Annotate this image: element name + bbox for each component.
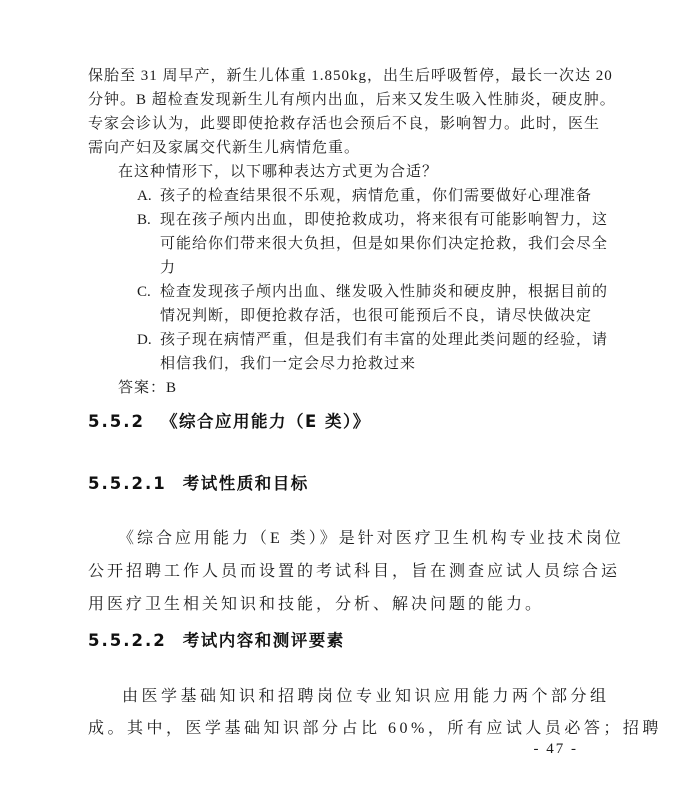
question-stem-line: 需向产妇及家属交代新生儿病情危重。 [88,136,603,160]
document-page: 保胎至 31 周早产，新生儿体重 1.850kg，出生后呼吸暂停，最长一次达 2… [0,0,681,799]
paragraph-line: 成。其中，医学基础知识部分占比 60%，所有应试人员必答；招聘 [88,713,603,745]
option-a-label: A. [137,184,160,208]
question-stem-line: 专家会诊认为，此婴即使抢救存活也会预后不良，影响智力。此时，医生 [88,112,603,136]
option-a-text: 孩子的检查结果很不乐观，病情危重，你们需要做好心理准备 [160,184,603,208]
option-b-text: 可能给你们带来很大负担，但是如果你们决定抢救，我们会尽全 [160,232,608,256]
option-c-text: 情况判断，即便抢救存活，也很可能预后不良，请尽快做决定 [160,304,608,328]
answer-value: B [166,380,177,396]
section-heading-5522: 5.5.2.2考试内容和测评要素 [88,629,603,653]
question-stem-line: 分钟。B 超检查发现新生儿有颅内出血，后来又发生吸入性肺炎，硬皮肿。 [88,88,603,112]
answer-line: 答案：B [88,376,603,400]
question-prompt: 在这种情形下，以下哪种表达方式更为合适？ [88,160,603,184]
section-title: 考试性质和目标 [183,474,309,493]
section-5522-paragraph: 由医学基础知识和招聘岗位专业知识应用能力两个部分组 成。其中，医学基础知识部分占… [88,681,603,745]
option-d-text: 孩子现在病情严重，但是我们有丰富的处理此类问题的经验，请 [160,328,608,352]
question-stem-line: 保胎至 31 周早产，新生儿体重 1.850kg，出生后呼吸暂停，最长一次达 2… [88,64,603,88]
option-d-text: 相信我们，我们一定会尽力抢救过来 [160,352,608,376]
paragraph-line: 用医疗卫生相关知识和技能，分析、解决问题的能力。 [88,588,603,621]
question-block: 保胎至 31 周早产，新生儿体重 1.850kg，出生后呼吸暂停，最长一次达 2… [88,64,603,400]
option-c-label: C. [137,280,160,328]
section-heading-552: 5.5.2《综合应用能力（E 类）》 [88,410,603,434]
paragraph-line: 由医学基础知识和招聘岗位专业知识应用能力两个部分组 [88,681,603,713]
paragraph-line: 公开招聘工作人员而设置的考试科目，旨在测查应试人员综合运 [88,555,603,588]
paragraph-line: 《综合应用能力（E 类）》是针对医疗卫生机构专业技术岗位 [88,522,603,555]
option-a: A. 孩子的检查结果很不乐观，病情危重，你们需要做好心理准备 [88,184,603,208]
section-number: 5.5.2 [88,412,145,431]
option-c: C. 检查发现孩子颅内出血、继发吸入性肺炎和硬皮肿，根据目前的 情况判断，即便抢… [88,280,603,328]
option-d-label: D. [137,328,160,376]
section-title: 考试内容和测评要素 [183,631,345,650]
page-number: - 47 - [534,741,579,758]
section-heading-5521: 5.5.2.1考试性质和目标 [88,472,603,496]
section-number: 5.5.2.1 [88,474,167,493]
option-b-text: 力 [160,256,608,280]
option-c-text: 检查发现孩子颅内出血、继发吸入性肺炎和硬皮肿，根据目前的 [160,280,608,304]
section-number: 5.5.2.2 [88,631,167,650]
section-5521-paragraph: 《综合应用能力（E 类）》是针对医疗卫生机构专业技术岗位 公开招聘工作人员而设置… [88,522,603,621]
option-b-text: 现在孩子颅内出血，即使抢救成功，将来很有可能影响智力，这 [160,208,608,232]
option-b-label: B. [137,208,160,280]
answer-label: 答案： [118,380,166,396]
page-content: 保胎至 31 周早产，新生儿体重 1.850kg，出生后呼吸暂停，最长一次达 2… [88,64,603,745]
section-title: 《综合应用能力（E 类）》 [161,412,371,431]
option-d: D. 孩子现在病情严重，但是我们有丰富的处理此类问题的经验，请 相信我们，我们一… [88,328,603,376]
option-b: B. 现在孩子颅内出血，即使抢救成功，将来很有可能影响智力，这 可能给你们带来很… [88,208,603,280]
